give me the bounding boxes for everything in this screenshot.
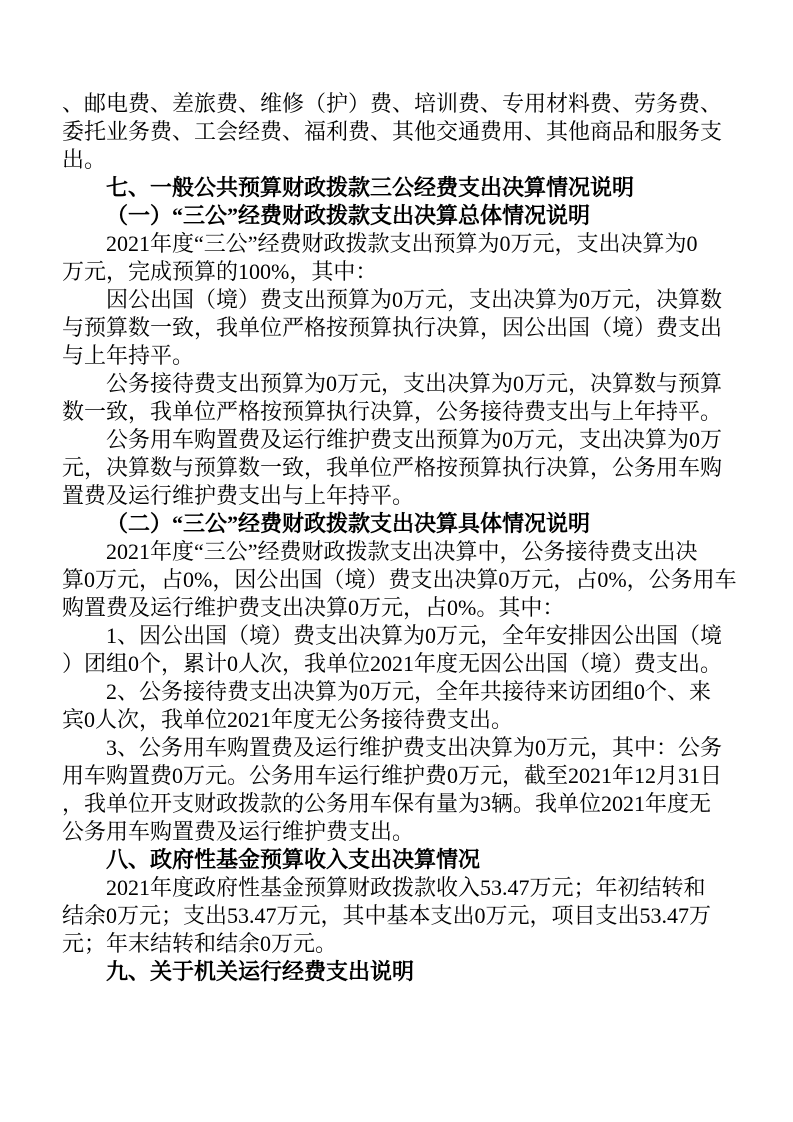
document-text-line: 算0万元，占0%，因公出国（境）费支出决算0万元，占0%，公务用车 bbox=[62, 566, 724, 594]
document-text-line: 2021年度政府性基金预算财政拨款收入53.47万元；年初结转和 bbox=[62, 874, 724, 902]
document-text-line: 公务用车购置费及运行维护费支出预算为0万元，支出决算为0万 bbox=[62, 426, 724, 454]
document-heading-line: （一）“三公”经费财政拨款支出决算总体情况说明 bbox=[62, 202, 724, 230]
document-text-line: 置费及运行维护费支出与上年持平。 bbox=[62, 482, 724, 510]
document-text-line: ）团组0个，累计0人次，我单位2021年度无因公出国（境）费支出。 bbox=[62, 650, 724, 678]
document-text-line: 2021年度“三公”经费财政拨款支出决算中，公务接待费支出决 bbox=[62, 538, 724, 566]
document-heading-line: （二）“三公”经费财政拨款支出决算具体情况说明 bbox=[62, 510, 724, 538]
document-text-line: 宾0人次，我单位2021年度无公务接待费支出。 bbox=[62, 706, 724, 734]
document-text-line: 、邮电费、差旅费、维修（护）费、培训费、专用材料费、劳务费、 bbox=[62, 90, 724, 118]
document-text-line: 与上年持平。 bbox=[62, 342, 724, 370]
document-text-line: 因公出国（境）费支出预算为0万元，支出决算为0万元，决算数 bbox=[62, 286, 724, 314]
document-heading-line: 七、一般公共预算财政拨款三公经费支出决算情况说明 bbox=[62, 174, 724, 202]
document-text-line: 与预算数一致，我单位严格按预算执行决算，因公出国（境）费支出 bbox=[62, 314, 724, 342]
document-text-line: 购置费及运行维护费支出决算0万元，占0%。其中： bbox=[62, 594, 724, 622]
document-text-line: 委托业务费、工会经费、福利费、其他交通费用、其他商品和服务支 bbox=[62, 118, 724, 146]
document-text-block: 、邮电费、差旅费、维修（护）费、培训费、专用材料费、劳务费、委托业务费、工会经费… bbox=[62, 90, 724, 986]
document-heading-line: 九、关于机关运行经费支出说明 bbox=[62, 958, 724, 986]
document-text-line: 公务接待费支出预算为0万元，支出决算为0万元，决算数与预算 bbox=[62, 370, 724, 398]
document-text-line: 数一致，我单位严格按预算执行决算，公务接待费支出与上年持平。 bbox=[62, 398, 724, 426]
document-text-line: ，我单位开支财政拨款的公务用车保有量为3辆。我单位2021年度无 bbox=[62, 790, 724, 818]
document-text-line: 出。 bbox=[62, 146, 724, 174]
document-text-line: 用车购置费0万元。公务用车运行维护费0万元，截至2021年12月31日 bbox=[62, 762, 724, 790]
document-text-line: 3、公务用车购置费及运行维护费支出决算为0万元，其中：公务 bbox=[62, 734, 724, 762]
document-text-line: 2、公务接待费支出决算为0万元，全年共接待来访团组0个、来 bbox=[62, 678, 724, 706]
document-page: 、邮电费、差旅费、维修（护）费、培训费、专用材料费、劳务费、委托业务费、工会经费… bbox=[0, 0, 793, 1122]
document-text-line: 公务用车购置费及运行维护费支出。 bbox=[62, 818, 724, 846]
document-text-line: 结余0万元；支出53.47万元，其中基本支出0万元，项目支出53.47万 bbox=[62, 902, 724, 930]
document-text-line: 1、因公出国（境）费支出决算为0万元，全年安排因公出国（境 bbox=[62, 622, 724, 650]
document-text-line: 元，决算数与预算数一致，我单位严格按预算执行决算，公务用车购 bbox=[62, 454, 724, 482]
document-text-line: 2021年度“三公”经费财政拨款支出预算为0万元，支出决算为0 bbox=[62, 230, 724, 258]
document-heading-line: 八、政府性基金预算收入支出决算情况 bbox=[62, 846, 724, 874]
document-text-line: 万元，完成预算的100%，其中： bbox=[62, 258, 724, 286]
document-text-line: 元；年末结转和结余0万元。 bbox=[62, 930, 724, 958]
